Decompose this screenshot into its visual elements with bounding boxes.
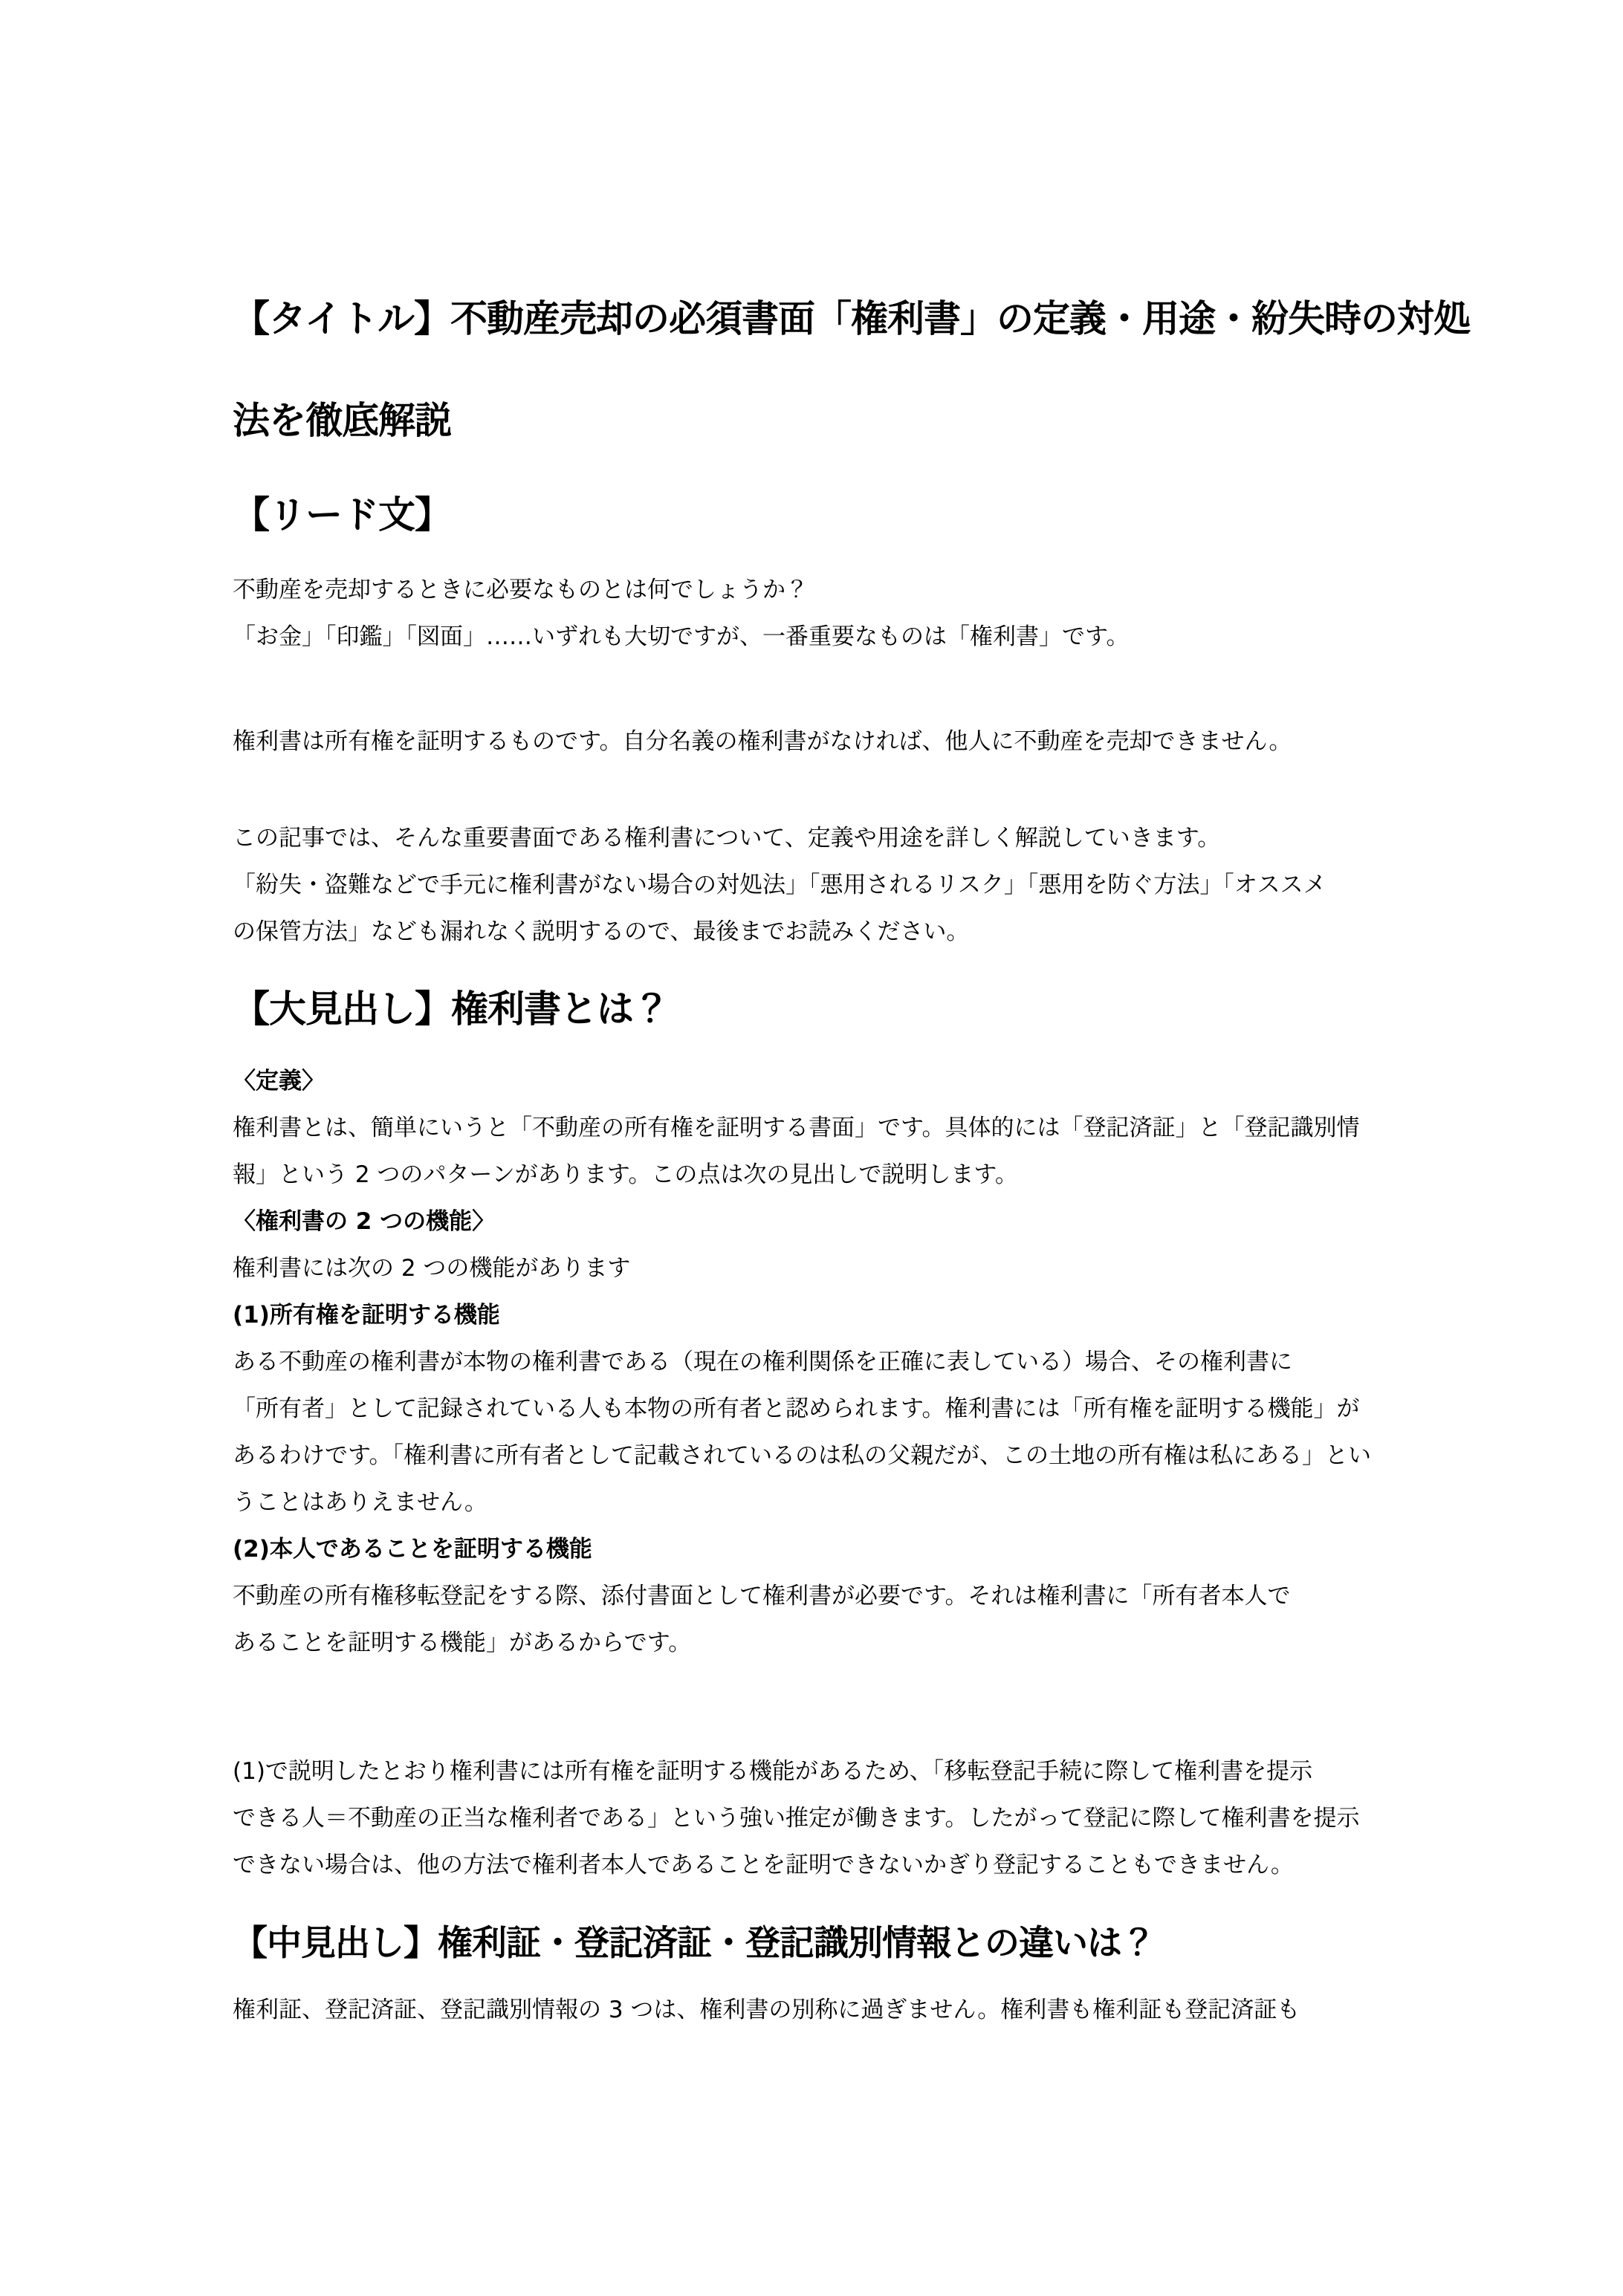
text-line: 「所有者」として記録されている人も本物の所有者と認められます。権利書には「所有権…: [233, 1386, 1414, 1433]
subheading-definition: 〈定義〉: [233, 1058, 1414, 1105]
text-line: 権利書には次の 2 つの機能があります: [233, 1245, 1414, 1292]
text-line: 報」という 2 つのパターンがあります。この点は次の見出しで説明します。: [233, 1152, 1414, 1199]
paragraph-spacer: [233, 1667, 1414, 1748]
text-line: 不動産を売却するときに必要なものとは何でしょうか？: [233, 567, 1414, 614]
section-heading-mid: 【中見出し】権利証・登記済証・登記識別情報との違いは？: [233, 1914, 1414, 1974]
document-page: 【タイトル】不動産売却の必須書面「権利書」の定義・用途・紛失時の対処 法を徹底解…: [0, 0, 1623, 2296]
document-content: 【タイトル】不動産売却の必須書面「権利書」の定義・用途・紛失時の対処 法を徹底解…: [233, 0, 1414, 2034]
text-line: 権利証、登記済証、登記識別情報の 3 つは、権利書の別称に過ぎません。権利書も権…: [233, 1987, 1414, 2034]
text-line: この記事では、そんな重要書面である権利書について、定義や用途を詳しく解説していき…: [233, 815, 1414, 862]
doc-title: 【タイトル】不動産売却の必須書面「権利書」の定義・用途・紛失時の対処 法を徹底解…: [233, 268, 1414, 472]
text-line: 「お金」「印鑑」「図面」……いずれも大切ですが、一番重要なものは「権利書」です。: [233, 614, 1414, 661]
subheading-function-1: (1)所有権を証明する機能: [233, 1292, 1414, 1339]
text-line: うことはありえません。: [233, 1479, 1414, 1526]
text-line: できない場合は、他の方法で権利者本人であることを証明できないかぎり登記することも…: [233, 1842, 1414, 1889]
text-line: あるわけです。「権利書に所有者として記載されているのは私の父親だが、この土地の所…: [233, 1433, 1414, 1479]
text-line: あることを証明する機能」があるからです。: [233, 1620, 1414, 1667]
text-line: 権利書とは、簡単にいうと「不動産の所有権を証明する書面」です。具体的には「登記済…: [233, 1105, 1414, 1152]
text-line: の保管方法」なども漏れなく説明するので、最後までお読みください。: [233, 909, 1414, 956]
text-line: できる人＝不動産の正当な権利者である」という強い推定が働きます。したがって登記に…: [233, 1795, 1414, 1842]
doc-title-line-2: 法を徹底解説: [233, 370, 1414, 472]
text-line: ある不動産の権利書が本物の権利書である（現在の権利関係を正確に表している）場合、…: [233, 1339, 1414, 1386]
text-line: 権利書は所有権を証明するものです。自分名義の権利書がなければ、他人に不動産を売却…: [233, 719, 1414, 765]
text-line: 「紛失・盗難などで手元に権利書がない場合の対処法」「悪用されるリスク」「悪用を防…: [233, 862, 1414, 909]
text-line: (1)で説明したとおり権利書には所有権を証明する機能があるため、「移転登記手続に…: [233, 1748, 1414, 1795]
subheading-function-2: (2)本人であることを証明する機能: [233, 1526, 1414, 1573]
paragraph-spacer: [233, 661, 1414, 719]
text-line: 不動産の所有権移転登記をする際、添付書面として権利書が必要です。それは権利書に「…: [233, 1573, 1414, 1620]
section-heading-major: 【大見出し】権利書とは？: [233, 979, 1414, 1039]
section-heading-lead: 【リード文】: [233, 485, 1414, 545]
subheading-two-functions: 〈権利書の 2 つの機能〉: [233, 1199, 1414, 1245]
paragraph-spacer: [233, 765, 1414, 815]
doc-title-line-1: 【タイトル】不動産売却の必須書面「権利書」の定義・用途・紛失時の対処: [233, 268, 1414, 370]
